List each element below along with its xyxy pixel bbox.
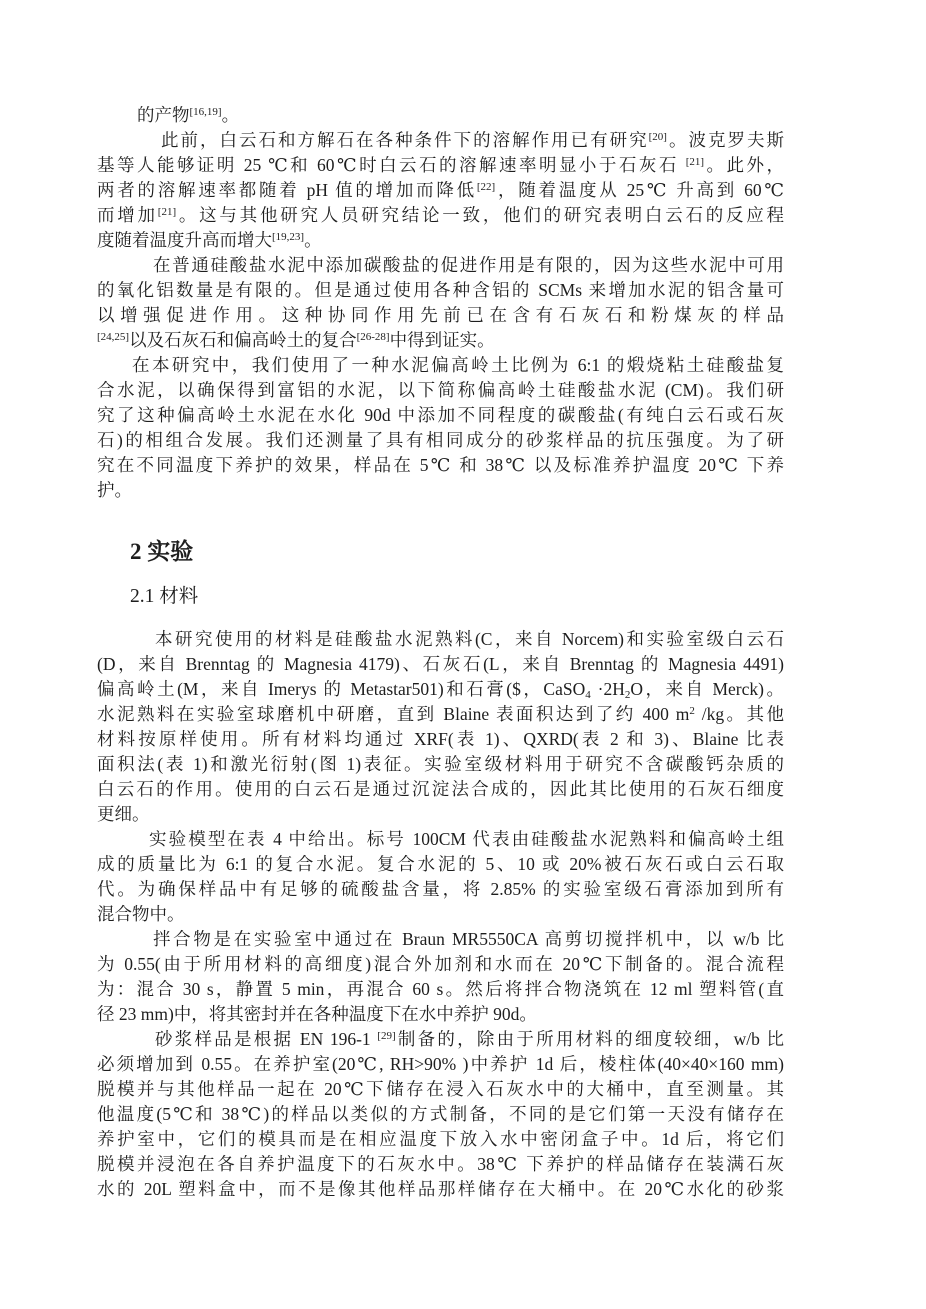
text-run: 而增加 bbox=[97, 205, 158, 225]
text-line: 实验模型在表 4 中给出。标号 100CM 代表由硅酸盐水泥熟料和偏高岭土组 bbox=[97, 827, 784, 852]
text-run: 两者的溶解速率都随着 pH 值的增加而降低 bbox=[97, 180, 477, 200]
text-run: 混合物中。 bbox=[97, 904, 185, 924]
superscript-reference: [20] bbox=[649, 131, 667, 143]
text-run: 。 bbox=[304, 230, 322, 250]
text-run: O，来自 Merck)。 bbox=[630, 679, 784, 699]
text-run: 材料按原样使用。所有材料均通过 XRF(表 1)、QXRD(表 2 和 3)、B… bbox=[97, 729, 784, 749]
text-run: 必须增加到 0.55。在养护室(20℃, RH>90% )中养护 1d 后，棱柱… bbox=[97, 1054, 784, 1074]
text-line: 度随着温度升高而增大[19,23]。 bbox=[97, 228, 784, 253]
text-run: 为：混合 30 s，静置 5 min，再混合 60 s。然后将拌合物浇筑在 12… bbox=[97, 979, 784, 999]
text-run: 拌合物是在实验室中通过在 Braun MR5550CA 高剪切搅拌机中，以 w/… bbox=[153, 929, 784, 949]
text-run: 在本研究中，我们使用了一种水泥偏高岭土比例为 6:1 的煅烧粘土硅酸盐复 bbox=[132, 355, 784, 375]
superscript-reference: [29] bbox=[377, 1030, 395, 1042]
text-run: 养护室中，它们的模具而是在相应温度下放入水中密闭盒子中。1d 后，将它们 bbox=[97, 1129, 784, 1149]
text-line: 径 23 mm)中，将其密封并在各种温度下在水中养护 90d。 bbox=[97, 1002, 784, 1027]
text-run: 此前，白云石和方解石在各种条件下的溶解作用已有研究 bbox=[161, 130, 649, 150]
text-run: 的氧化铝数量是有限的。但是通过使用各种含铝的 SCMs 来增加水泥的铝含量可 bbox=[97, 280, 784, 300]
text-line: 两者的溶解速率都随着 pH 值的增加而降低[22]，随着温度从 25℃ 升高到 … bbox=[97, 178, 784, 203]
text-line: 的产物[16,19]。 bbox=[97, 103, 784, 128]
text-run: 。 bbox=[222, 105, 240, 125]
text-line: 更细。 bbox=[97, 802, 784, 827]
superscript-reference: [19,23] bbox=[272, 231, 304, 243]
paragraph: 的产物[16,19]。 bbox=[97, 103, 784, 128]
text-run: 为 0.55(由于所用材料的高细度)混合外加剂和水而在 20℃下制备的。混合流程 bbox=[97, 954, 784, 974]
text-line: 石)的相组合发展。我们还测量了具有相同成分的砂浆样品的抗压强度。为了研 bbox=[97, 428, 784, 453]
text-line: 此前，白云石和方解石在各种条件下的溶解作用已有研究[20]。波克罗夫斯 bbox=[97, 128, 784, 153]
text-run: 实验模型在表 4 中给出。标号 100CM 代表由硅酸盐水泥熟料和偏高岭土组 bbox=[149, 829, 784, 849]
superscript-reference: [22] bbox=[477, 181, 495, 193]
text-run: 。这与其他研究人员研究结论一致，他们的研究表明白云石的反应程 bbox=[176, 205, 784, 225]
paragraph: 在本研究中，我们使用了一种水泥偏高岭土比例为 6:1 的煅烧粘土硅酸盐复合水泥，… bbox=[97, 353, 784, 503]
text-line: [24,25]以及石灰石和偏高岭土的复合[26-28]中得到证实。 bbox=[97, 328, 784, 353]
text-run: /kg。其他 bbox=[695, 704, 784, 724]
text-line: 以增强促进作用。这种协同作用先前已在含有石灰石和粉煤灰的样品 bbox=[97, 303, 784, 328]
text-run: 砂浆样品是根据 EN 196-1 bbox=[155, 1029, 377, 1049]
paragraph: 此前，白云石和方解石在各种条件下的溶解作用已有研究[20]。波克罗夫斯基等人能够… bbox=[97, 128, 784, 253]
text-run: 白云石的作用。使用的白云石是通过沉淀法合成的，因此其比使用的石灰石细度 bbox=[97, 779, 784, 799]
section-heading: 2 实验 bbox=[97, 536, 784, 568]
text-line: 为：混合 30 s，静置 5 min，再混合 60 s。然后将拌合物浇筑在 12… bbox=[97, 977, 784, 1002]
text-run: ，随着温度从 25℃ 升高到 60℃ bbox=[495, 180, 784, 200]
document-text-content: 的产物[16,19]。此前，白云石和方解石在各种条件下的溶解作用已有研究[20]… bbox=[97, 103, 784, 1202]
text-line: 究在不同温度下养护的效果，样品在 5℃ 和 38℃ 以及标准养护温度 20℃ 下… bbox=[97, 453, 784, 478]
text-run: 合水泥，以确保得到富铝的水泥，以下简称偏高岭土硅酸盐水泥 (CM)。我们研 bbox=[97, 380, 784, 400]
text-line: 他温度(5℃和 38℃)的样品以类似的方式制备，不同的是它们第一天没有储存在 bbox=[97, 1102, 784, 1127]
vertical-spacer bbox=[97, 503, 784, 536]
text-line: 面积法(表 1)和激光衍射(图 1)表征。实验室级材料用于研究不含碳酸钙杂质的 bbox=[97, 752, 784, 777]
text-run: 以及石灰石和偏高岭土的复合 bbox=[129, 330, 357, 350]
text-line: 在普通硅酸盐水泥中添加碳酸盐的促进作用是有限的，因为这些水泥中可用 bbox=[97, 253, 784, 278]
text-line: 混合物中。 bbox=[97, 902, 784, 927]
text-run: 水泥熟料在实验室球磨机中研磨，直到 Blaine 表面积达到了约 400 m bbox=[97, 704, 689, 724]
text-line: 而增加[21]。这与其他研究人员研究结论一致，他们的研究表明白云石的反应程 bbox=[97, 203, 784, 228]
text-line: 水的 20L 塑料盒中，而不是像其他样品那样储存在大桶中。在 20℃水化的砂浆 bbox=[97, 1177, 784, 1202]
text-run: (D，来自 Brenntag 的 Magnesia 4179)、石灰石(L，来自… bbox=[97, 654, 784, 674]
text-line: 脱模并与其他样品一起在 20℃下储存在浸入石灰水中的大桶中，直至测量。其 bbox=[97, 1077, 784, 1102]
text-line: 必须增加到 0.55。在养护室(20℃, RH>90% )中养护 1d 后，棱柱… bbox=[97, 1052, 784, 1077]
text-line: 白云石的作用。使用的白云石是通过沉淀法合成的，因此其比使用的石灰石细度 bbox=[97, 777, 784, 802]
subsection-heading: 2.1 材料 bbox=[97, 584, 784, 610]
text-run: 脱模并浸泡在各自养护温度下的石灰水中。38℃ 下养护的样品储存在装满石灰 bbox=[97, 1154, 784, 1174]
text-line: 成的质量比为 6:1 的复合水泥。复合水泥的 5、10 或 20%被石灰石或白云… bbox=[97, 852, 784, 877]
superscript-reference: [21] bbox=[686, 156, 704, 168]
text-run: 中得到证实。 bbox=[390, 330, 495, 350]
text-line: 为 0.55(由于所用材料的高细度)混合外加剂和水而在 20℃下制备的。混合流程 bbox=[97, 952, 784, 977]
paragraph: 拌合物是在实验室中通过在 Braun MR5550CA 高剪切搅拌机中，以 w/… bbox=[97, 927, 784, 1027]
text-run: 面积法(表 1)和激光衍射(图 1)表征。实验室级材料用于研究不含碳酸钙杂质的 bbox=[97, 754, 784, 774]
text-run: 本研究使用的材料是硅酸盐水泥熟料(C，来自 Norcem)和实验室级白云石 bbox=[155, 629, 784, 649]
text-line: 护。 bbox=[97, 478, 784, 503]
paragraph: 砂浆样品是根据 EN 196-1 [29]制备的，除由于所用材料的细度较细，w/… bbox=[97, 1027, 784, 1202]
superscript-reference: [21] bbox=[158, 206, 176, 218]
text-run: 护。 bbox=[97, 480, 132, 500]
text-line: 养护室中，它们的模具而是在相应温度下放入水中密闭盒子中。1d 后，将它们 bbox=[97, 1127, 784, 1152]
vertical-spacer bbox=[97, 610, 784, 627]
superscript-reference: [24,25] bbox=[97, 331, 129, 343]
text-run: 究在不同温度下养护的效果，样品在 5℃ 和 38℃ 以及标准养护温度 20℃ 下… bbox=[97, 455, 784, 475]
text-run: 的产物 bbox=[137, 105, 190, 125]
text-run: 石)的相组合发展。我们还测量了具有相同成分的砂浆样品的抗压强度。为了研 bbox=[97, 430, 784, 450]
paragraph: 本研究使用的材料是硅酸盐水泥熟料(C，来自 Norcem)和实验室级白云石(D，… bbox=[97, 627, 784, 827]
paragraph: 在普通硅酸盐水泥中添加碳酸盐的促进作用是有限的，因为这些水泥中可用的氧化铝数量是… bbox=[97, 253, 784, 353]
text-run: 更细。 bbox=[97, 804, 150, 824]
text-run: 。波克罗夫斯 bbox=[667, 130, 784, 150]
text-run: 成的质量比为 6:1 的复合水泥。复合水泥的 5、10 或 20%被石灰石或白云… bbox=[97, 854, 784, 874]
text-line: 水泥熟料在实验室球磨机中研磨，直到 Blaine 表面积达到了约 400 m2 … bbox=[97, 702, 784, 727]
text-run: 脱模并与其他样品一起在 20℃下储存在浸入石灰水中的大桶中，直至测量。其 bbox=[97, 1079, 784, 1099]
text-run: 径 23 mm)中，将其密封并在各种温度下在水中养护 90d。 bbox=[97, 1004, 537, 1024]
text-line: 在本研究中，我们使用了一种水泥偏高岭土比例为 6:1 的煅烧粘土硅酸盐复 bbox=[97, 353, 784, 378]
text-line: 本研究使用的材料是硅酸盐水泥熟料(C，来自 Norcem)和实验室级白云石 bbox=[97, 627, 784, 652]
text-line: (D，来自 Brenntag 的 Magnesia 4179)、石灰石(L，来自… bbox=[97, 652, 784, 677]
text-line: 拌合物是在实验室中通过在 Braun MR5550CA 高剪切搅拌机中，以 w/… bbox=[97, 927, 784, 952]
text-run: ·2H bbox=[591, 679, 625, 699]
text-run: 他温度(5℃和 38℃)的样品以类似的方式制备，不同的是它们第一天没有储存在 bbox=[97, 1104, 784, 1124]
text-run: 代。为确保样品中有足够的硫酸盐含量，将 2.85% 的实验室级石膏添加到所有 bbox=[97, 879, 784, 899]
text-run: 基等人能够证明 25 ℃和 60℃时白云石的溶解速率明显小于石灰石 bbox=[97, 155, 686, 175]
text-run: 究了这种偏高岭土水泥在水化 90d 中添加不同程度的碳酸盐(有纯白云石或石灰 bbox=[97, 405, 784, 425]
text-line: 基等人能够证明 25 ℃和 60℃时白云石的溶解速率明显小于石灰石 [21]。此… bbox=[97, 153, 784, 178]
paragraph: 实验模型在表 4 中给出。标号 100CM 代表由硅酸盐水泥熟料和偏高岭土组成的… bbox=[97, 827, 784, 927]
text-line: 代。为确保样品中有足够的硫酸盐含量，将 2.85% 的实验室级石膏添加到所有 bbox=[97, 877, 784, 902]
document-page: 的产物[16,19]。此前，白云石和方解石在各种条件下的溶解作用已有研究[20]… bbox=[0, 0, 926, 1309]
text-line: 脱模并浸泡在各自养护温度下的石灰水中。38℃ 下养护的样品储存在装满石灰 bbox=[97, 1152, 784, 1177]
text-line: 的氧化铝数量是有限的。但是通过使用各种含铝的 SCMs 来增加水泥的铝含量可 bbox=[97, 278, 784, 303]
text-run: 偏高岭土(M，来自 Imerys 的 Metastar501)和石膏($，CaS… bbox=[97, 679, 585, 699]
text-line: 究了这种偏高岭土水泥在水化 90d 中添加不同程度的碳酸盐(有纯白云石或石灰 bbox=[97, 403, 784, 428]
text-run: 度随着温度升高而增大 bbox=[97, 230, 272, 250]
text-line: 合水泥，以确保得到富铝的水泥，以下简称偏高岭土硅酸盐水泥 (CM)。我们研 bbox=[97, 378, 784, 403]
text-run: 。此外， bbox=[704, 155, 784, 175]
vertical-spacer bbox=[97, 568, 784, 584]
text-line: 材料按原样使用。所有材料均通过 XRF(表 1)、QXRD(表 2 和 3)、B… bbox=[97, 727, 784, 752]
text-run: 水的 20L 塑料盒中，而不是像其他样品那样储存在大桶中。在 20℃水化的砂浆 bbox=[97, 1179, 784, 1199]
superscript-reference: [16,19] bbox=[190, 106, 222, 118]
text-line: 偏高岭土(M，来自 Imerys 的 Metastar501)和石膏($，CaS… bbox=[97, 677, 784, 702]
superscript-reference: [26-28] bbox=[357, 331, 390, 343]
text-run: 以增强促进作用。这种协同作用先前已在含有石灰石和粉煤灰的样品 bbox=[97, 305, 784, 325]
text-line: 砂浆样品是根据 EN 196-1 [29]制备的，除由于所用材料的细度较细，w/… bbox=[97, 1027, 784, 1052]
text-run: 在普通硅酸盐水泥中添加碳酸盐的促进作用是有限的，因为这些水泥中可用 bbox=[153, 255, 784, 275]
text-run: 制备的，除由于所用材料的细度较细，w/b 比 bbox=[396, 1029, 784, 1049]
